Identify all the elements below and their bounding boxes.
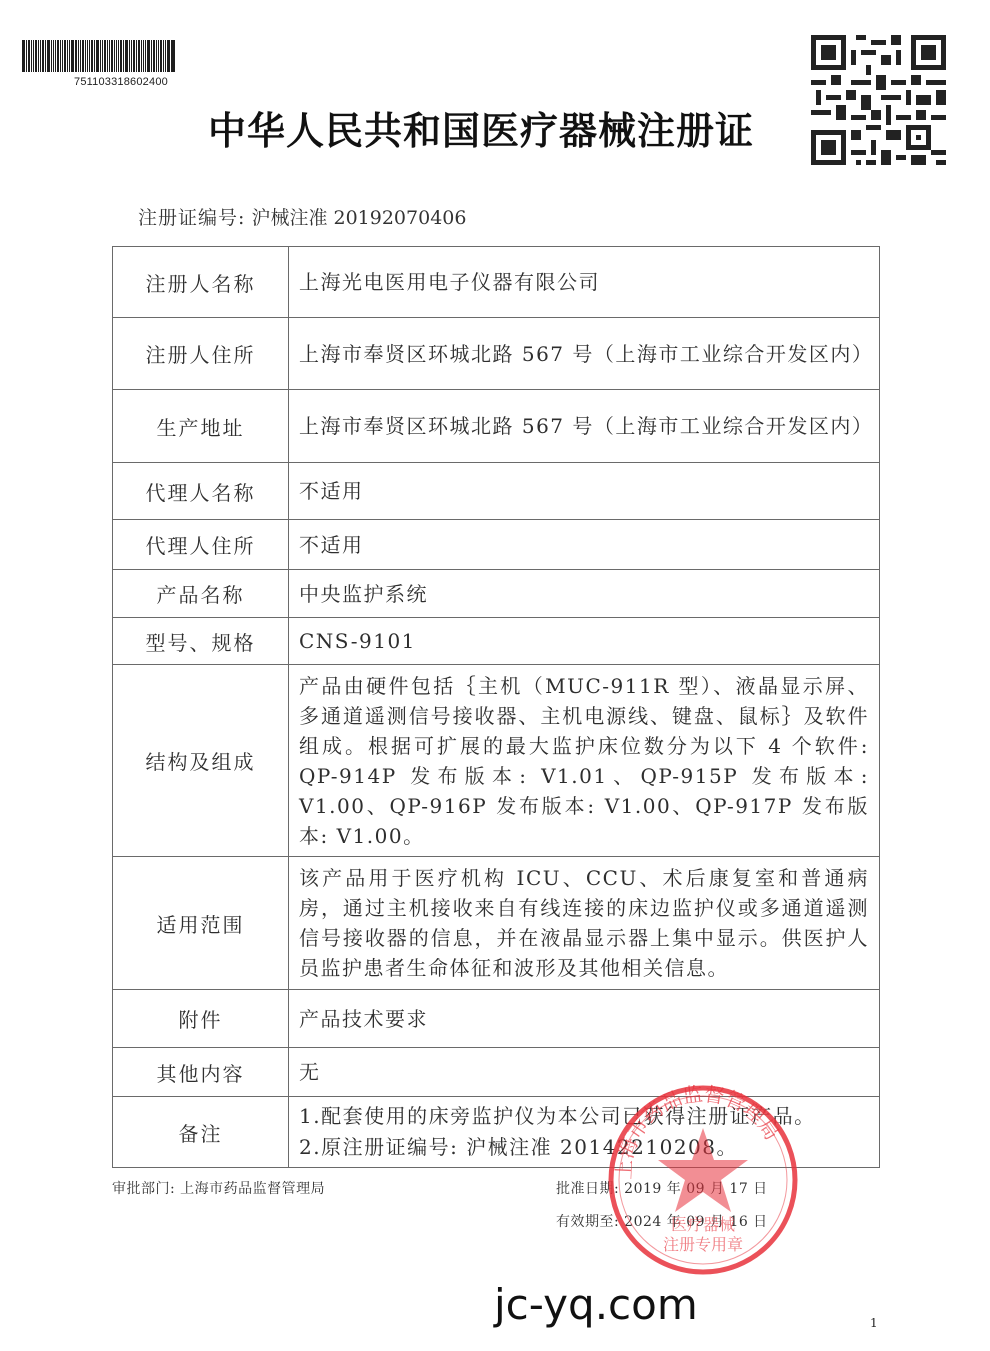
row-label: 注册人住所 [113, 318, 289, 390]
row-value: 该产品用于医疗机构 ICU、CCU、术后康复室和普通病房，通过主机接收来自有线连… [289, 857, 880, 990]
row-label: 适用范围 [113, 857, 289, 990]
row-value: 产品由硬件包括｛主机（MUC-911R 型）、液晶显示屏、多通道遥测信号接收器、… [289, 665, 880, 857]
qr-code-icon [806, 30, 951, 170]
row-label: 注册人名称 [113, 247, 289, 318]
table-row: 型号、规格 CNS-9101 [113, 618, 880, 665]
table-row: 代理人住所 不适用 [113, 520, 880, 570]
table-row: 注册人名称 上海光电医用电子仪器有限公司 [113, 247, 880, 318]
row-label: 结构及组成 [113, 665, 289, 857]
row-value: 产品技术要求 [289, 990, 880, 1048]
watermark-text: jc-yq.com [494, 1280, 698, 1329]
row-value: 上海市奉贤区环城北路 567 号（上海市工业综合开发区内） [289, 318, 880, 390]
registration-number-value: 沪械注准 20192070406 [251, 207, 466, 229]
row-value: 不适用 [289, 463, 880, 520]
barcode [22, 40, 244, 72]
row-label: 其他内容 [113, 1048, 289, 1097]
row-label: 备注 [113, 1097, 289, 1168]
table-row: 产品名称 中央监护系统 [113, 570, 880, 618]
page-number: 1 [870, 1316, 878, 1330]
table-row: 生产地址 上海市奉贤区环城北路 567 号（上海市工业综合开发区内） [113, 390, 880, 463]
official-seal-icon: 上海市药品监督管理局 医疗器械 注册专用章 [603, 1080, 803, 1280]
table-row: 代理人名称 不适用 [113, 463, 880, 520]
table-row: 结构及组成 产品由硬件包括｛主机（MUC-911R 型）、液晶显示屏、多通道遥测… [113, 665, 880, 857]
row-value: 上海市奉贤区环城北路 567 号（上海市工业综合开发区内） [289, 390, 880, 463]
row-label: 代理人名称 [113, 463, 289, 520]
table-row: 适用范围 该产品用于医疗机构 ICU、CCU、术后康复室和普通病房，通过主机接收… [113, 857, 880, 990]
registration-number: 注册证编号: 沪械注准 20192070406 [138, 203, 466, 230]
registration-number-label: 注册证编号: [138, 207, 245, 229]
row-label: 生产地址 [113, 390, 289, 463]
svg-text:医疗器械: 医疗器械 [671, 1215, 735, 1234]
row-value: 中央监护系统 [289, 570, 880, 618]
svg-text:注册专用章: 注册专用章 [663, 1235, 743, 1254]
table-row: 附件 产品技术要求 [113, 990, 880, 1048]
row-value: 不适用 [289, 520, 880, 570]
approval-department: 审批部门: 上海市药品监督管理局 [112, 1178, 325, 1198]
certificate-title: 中华人民共和国医疗器械注册证 [208, 100, 754, 155]
row-label: 代理人住所 [113, 520, 289, 570]
row-label: 型号、规格 [113, 618, 289, 665]
row-value: 上海光电医用电子仪器有限公司 [289, 247, 880, 318]
table-row: 注册人住所 上海市奉贤区环城北路 567 号（上海市工业综合开发区内） [113, 318, 880, 390]
certificate-table: 注册人名称 上海光电医用电子仪器有限公司 注册人住所 上海市奉贤区环城北路 56… [112, 246, 880, 1168]
row-label: 产品名称 [113, 570, 289, 618]
row-value: CNS-9101 [289, 618, 880, 665]
barcode-number: 751103318602400 [74, 76, 168, 88]
row-label: 附件 [113, 990, 289, 1048]
